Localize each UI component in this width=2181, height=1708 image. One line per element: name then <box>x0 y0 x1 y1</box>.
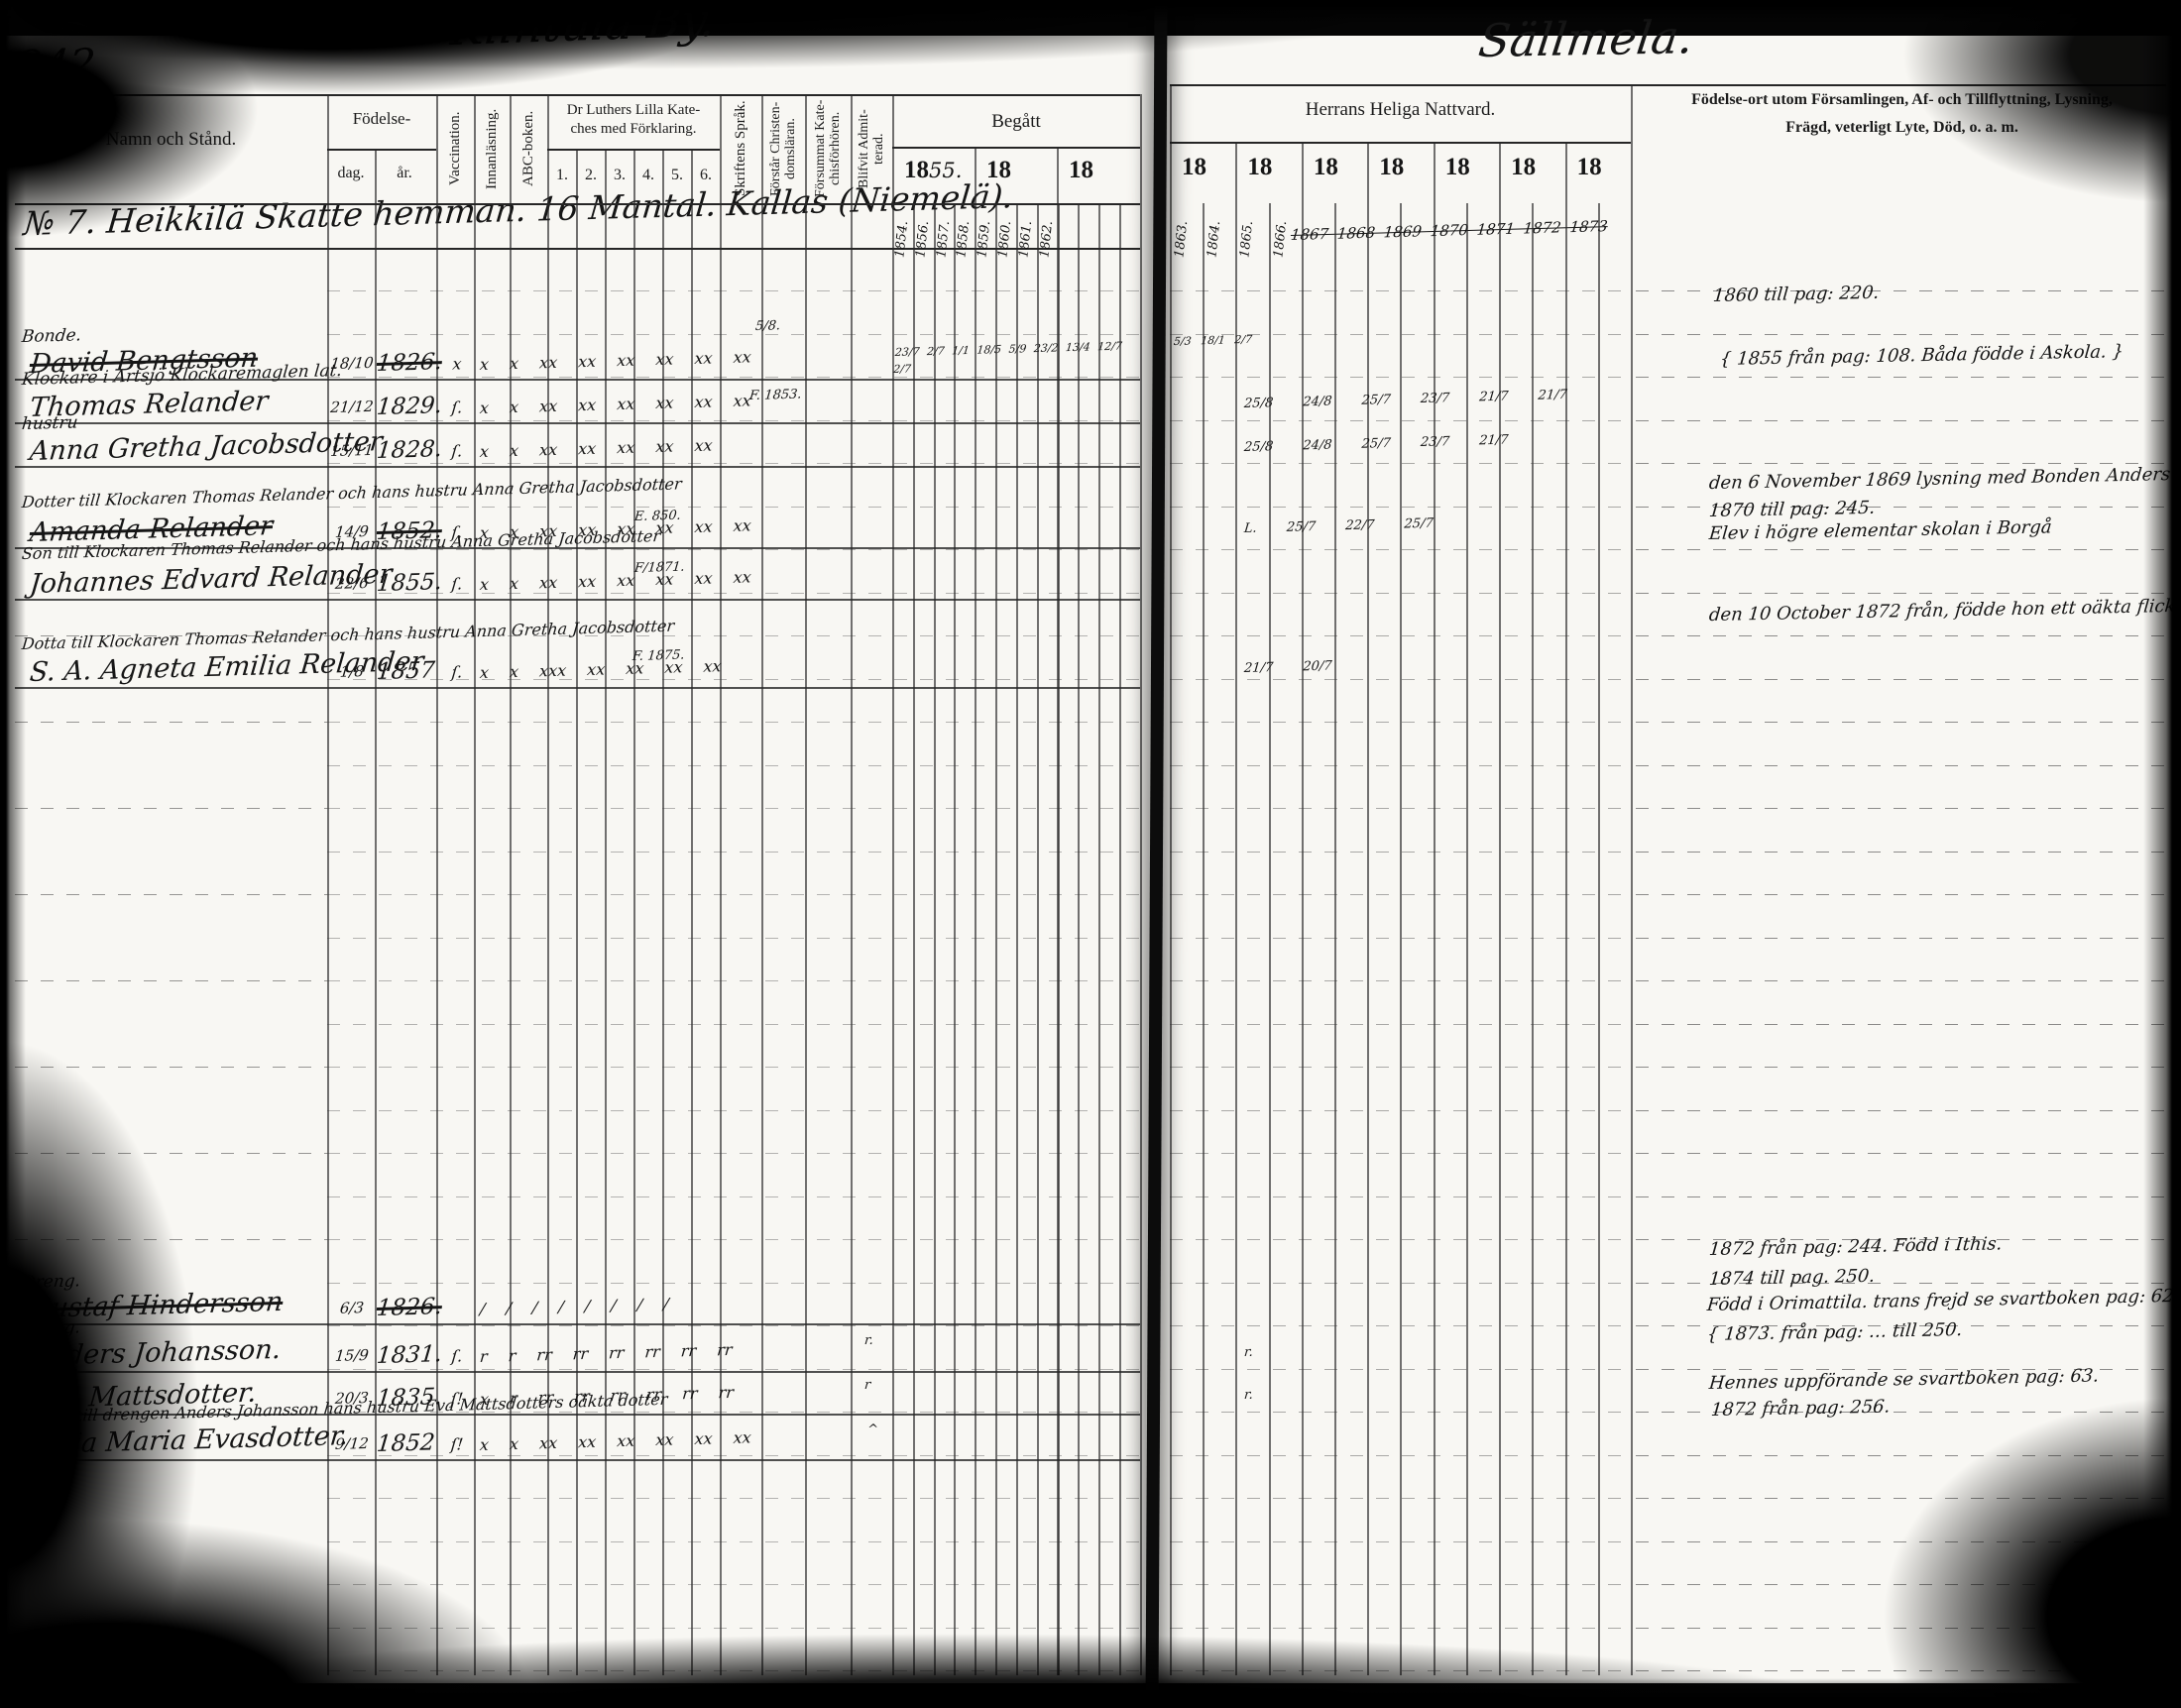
grid-line <box>1170 290 1631 291</box>
column-header-notes-line2: Frägd, veterligt Lyte, Död, o. a. m. <box>1638 119 2166 137</box>
birth-year: 1826. <box>376 1294 435 1321</box>
birth-year: 1852 <box>376 1429 435 1457</box>
entry-underline <box>15 1323 1140 1325</box>
grid-line <box>1170 938 1631 939</box>
birth-year: 1828. <box>376 436 435 464</box>
grid-line <box>1170 507 1631 508</box>
printed-year-header: 18 <box>1314 154 1338 181</box>
right-village-title: Sällmela. <box>1476 10 1697 67</box>
grid-line <box>327 1670 1140 1671</box>
grid-line <box>1170 765 1631 766</box>
grid-line <box>15 94 1140 96</box>
vaccination-mark: ſ. <box>439 662 475 682</box>
grid-line <box>1170 679 1631 680</box>
grid-line <box>1636 593 2166 594</box>
grid-line <box>1636 722 2166 723</box>
birth-year: 1855. <box>376 569 435 597</box>
grid-line <box>1170 1628 1631 1629</box>
vaccination-mark: ſ. <box>439 574 475 594</box>
grid-line <box>1170 1325 1631 1326</box>
birth-year: 1829. <box>376 393 435 420</box>
grid-line <box>15 894 327 895</box>
grid-line <box>327 852 1140 853</box>
column-header-birth-year: år. <box>376 165 433 182</box>
grid-line <box>327 377 1140 378</box>
grid-line <box>327 1325 1140 1326</box>
grid-line <box>1636 1067 2166 1068</box>
grid-line <box>1170 1541 1631 1542</box>
grid-line <box>1170 980 1631 981</box>
printed-year-header: 18 <box>1511 154 1536 181</box>
grid-line <box>1636 1498 2166 1499</box>
grid-line <box>1636 765 2166 766</box>
grid-line <box>327 808 1140 809</box>
column-header-birth: Födelse- <box>327 109 436 129</box>
left-village-title: Kiintula By. <box>448 0 718 56</box>
person-role: hustru <box>21 412 78 434</box>
printed-year-header: 18 <box>1247 154 1272 181</box>
birth-year: 1826. <box>376 349 435 377</box>
grid-line <box>1170 1239 1631 1240</box>
grid-line <box>1170 1067 1631 1068</box>
grid-line <box>1565 142 1567 1675</box>
column-header-catechism-line2: ches med Förklaring. <box>548 121 719 138</box>
column-note: r. <box>863 1333 873 1348</box>
vaccination-mark: ſ. <box>439 441 475 461</box>
birth-year: 1831. <box>376 1341 435 1369</box>
grid-line <box>1170 84 2166 86</box>
grid-line <box>1170 894 1631 895</box>
grid-line <box>1170 1024 1631 1025</box>
person-role: hustru <box>21 1362 78 1384</box>
grid-line <box>1170 1670 1631 1671</box>
grid-line <box>1170 1283 1631 1284</box>
communion-date-cluster-right: 5/3 18/1 2/7 <box>1173 333 1252 348</box>
vaccination-mark: ſ! <box>439 1434 475 1454</box>
column-header-vaccination: Vaccination. <box>437 97 473 200</box>
grid-line <box>1636 420 2166 421</box>
grid-line <box>327 938 1140 939</box>
catechism-subcolumn-number: 6. <box>692 167 720 184</box>
catechism-subcolumn-number: 4. <box>634 167 662 184</box>
birth-day: 21/12 <box>329 398 375 416</box>
grid-line <box>327 894 1140 895</box>
person-role: Bonde. <box>21 325 82 347</box>
entry-underline <box>15 422 1140 424</box>
margin-note: 1870 till pag: 245. <box>1708 498 1876 521</box>
grid-line <box>327 1584 1140 1585</box>
grid-line <box>1636 377 2166 378</box>
birth-day: 15/9 <box>329 1346 375 1365</box>
margin-note: 1874 till pag. 250. <box>1708 1266 1876 1290</box>
birth-day: 6/3 <box>329 1299 375 1317</box>
year-prefix: 18 <box>986 157 1011 183</box>
grid-line <box>1636 679 2166 680</box>
grid-line <box>1636 980 2166 981</box>
person-role: Dreng. <box>21 1317 81 1339</box>
grid-line <box>327 1067 1140 1068</box>
birth-day: 9/12 <box>329 1434 375 1453</box>
grid-line <box>1170 334 1631 335</box>
column-header-catechism-line1: Dr Luthers Lilla Kate- <box>548 102 719 119</box>
grid-line <box>1170 1110 1631 1111</box>
grid-line <box>547 149 720 151</box>
grid-line <box>1636 1584 2166 1585</box>
margin-note: 1860 till pag: 220. <box>1712 283 1880 306</box>
grid-line <box>1636 463 2166 464</box>
person-role: Dreng. <box>21 1271 81 1293</box>
column-note: F. 1875. <box>631 648 685 665</box>
grid-line <box>1636 635 2166 636</box>
grid-line <box>327 1239 1140 1240</box>
printed-year-header: 18 <box>1445 154 1470 181</box>
grid-line <box>327 1283 1140 1284</box>
vaccination-mark: ſ. <box>439 1346 475 1366</box>
grid-line <box>15 1153 327 1154</box>
grid-line <box>1367 142 1369 1675</box>
grid-line <box>1170 549 1631 550</box>
column-header-birth-day: dag. <box>328 165 374 182</box>
grid-line <box>327 290 1140 291</box>
grid-line <box>1636 938 2166 939</box>
grid-line <box>327 463 1140 464</box>
printed-year-header: 18 <box>1577 154 1602 181</box>
grid-line <box>1170 84 1172 1675</box>
grid-line <box>1235 142 1237 1675</box>
grid-line <box>1170 852 1631 853</box>
grid-line <box>327 1541 1140 1542</box>
birth-year: 1857 <box>376 657 435 685</box>
entry-underline <box>15 1371 1140 1373</box>
grid-line <box>1170 722 1631 723</box>
grid-line <box>15 722 327 723</box>
grid-line <box>1636 1196 2166 1197</box>
grid-line <box>892 94 894 1675</box>
grid-line <box>327 420 1140 421</box>
grid-line <box>1636 1670 2166 1671</box>
grid-line <box>327 149 436 151</box>
birth-day: 15/11 <box>329 441 375 460</box>
grid-line <box>327 507 1140 508</box>
grid-line <box>327 1369 1140 1370</box>
grid-line <box>327 334 1140 335</box>
year-prefix: 18 <box>904 157 929 183</box>
column-note: ^ <box>866 1423 878 1437</box>
grid-line <box>1636 1110 2166 1111</box>
grid-line <box>15 203 1140 205</box>
grid-line <box>327 1628 1140 1629</box>
printed-year-header: 1855. <box>904 157 962 184</box>
grid-line <box>1636 549 2166 550</box>
column-header-reading: Innanläsning. <box>475 97 509 200</box>
grid-line <box>1434 142 1435 1675</box>
catechism-subcolumn-number: 2. <box>577 167 605 184</box>
grid-line <box>975 149 976 1675</box>
page-number: 242 <box>14 40 98 90</box>
grid-line <box>1170 1498 1631 1499</box>
grid-line <box>1636 808 2166 809</box>
grid-line <box>15 1067 327 1068</box>
catechism-subcolumn-number: 1. <box>548 167 576 184</box>
grid-line <box>327 1498 1140 1499</box>
vaccination-mark: ſ. <box>439 398 475 417</box>
grid-line <box>327 1153 1140 1154</box>
grid-line <box>15 808 327 809</box>
grid-line <box>1170 1412 1631 1413</box>
grid-line <box>1170 1584 1631 1585</box>
birth-day: 22/6 <box>329 574 375 593</box>
grid-line <box>15 980 327 981</box>
grid-line <box>1631 84 1633 1675</box>
entry-underline <box>15 687 1140 689</box>
margin-note: 1872 från pag: 256. <box>1710 1397 1891 1422</box>
grid-line <box>1636 1024 2166 1025</box>
grid-line <box>1170 635 1631 636</box>
grid-line <box>892 147 1140 149</box>
grid-line <box>1170 1369 1631 1370</box>
grid-line <box>1636 1455 2166 1456</box>
entry-underline <box>15 466 1140 468</box>
grid-line <box>327 980 1140 981</box>
grid-line <box>15 1239 327 1240</box>
grid-line <box>1302 142 1304 1675</box>
grid-line <box>1636 852 2166 853</box>
column-header-abc-book: ABC-boken. <box>511 97 546 200</box>
grid-line <box>327 1455 1140 1456</box>
entry-underline <box>15 1459 1140 1461</box>
grid-line <box>1636 1628 2166 1629</box>
column-note: F. 1853. <box>748 388 802 404</box>
grid-line <box>1170 1196 1631 1197</box>
entry-underline <box>15 599 1140 601</box>
handwritten-year-suffix: 55. <box>929 159 962 182</box>
column-header-name: Namn och Stånd. <box>15 129 327 151</box>
grid-line <box>1170 593 1631 594</box>
printed-year-header: 18 <box>986 157 1011 184</box>
grid-line <box>1636 894 2166 895</box>
printed-year-header: 18 <box>1182 154 1206 181</box>
column-header-communion-taken: Begått <box>892 111 1140 133</box>
grid-line <box>1636 334 2166 335</box>
grid-line <box>1170 377 1631 378</box>
vaccination-mark: x <box>439 354 475 374</box>
grid-line <box>1170 420 1631 421</box>
catechism-subcolumn-number: 3. <box>606 167 633 184</box>
grid-line <box>15 248 1140 250</box>
year-prefix: 18 <box>1069 157 1093 183</box>
grid-line <box>436 94 438 1675</box>
birth-day: 1/8 <box>329 662 375 681</box>
grid-line <box>327 1110 1140 1111</box>
grid-line <box>1636 1153 2166 1154</box>
grid-line <box>1170 1153 1631 1154</box>
column-note: F/1871. <box>633 560 685 576</box>
catechism-subcolumn-number: 5. <box>663 167 691 184</box>
grid-line <box>1170 1455 1631 1456</box>
scanned-register-spread: 242 Kiintula By. Sällmela. Namn och Stån… <box>0 0 2181 1708</box>
grid-line <box>327 1196 1140 1197</box>
printed-year-header: 18 <box>1069 157 1093 184</box>
column-header-holy-communion: Herrans Heliga Nattvard. <box>1170 99 1631 121</box>
grid-line <box>1170 808 1631 809</box>
grid-line <box>1170 463 1631 464</box>
grid-line <box>327 765 1140 766</box>
grid-line <box>1636 1541 2166 1542</box>
grid-line <box>327 722 1140 723</box>
printed-year-header: 18 <box>1379 154 1404 181</box>
grid-line <box>1140 94 1142 1675</box>
column-header-notes-line1: Födelse-ort utom Församlingen, Af- och T… <box>1638 91 2166 109</box>
grid-line <box>1499 142 1501 1675</box>
column-note: E. 850. <box>633 509 681 524</box>
column-note: 5/8. <box>754 318 780 334</box>
grid-line <box>1170 142 1631 144</box>
grid-line <box>327 1024 1140 1025</box>
